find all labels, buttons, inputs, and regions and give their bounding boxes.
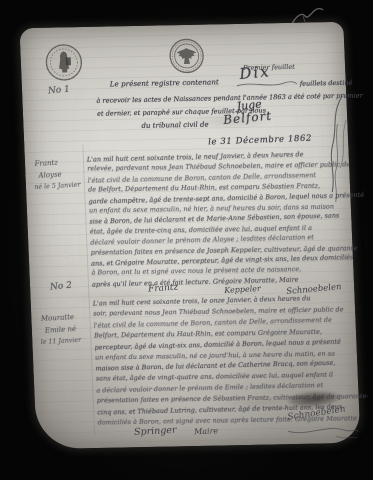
imperial-eagle-seal-icon — [168, 38, 205, 75]
tribunal-line: du tribunal civil de — [141, 121, 208, 130]
folio-number-annotation: No 1 — [48, 85, 71, 97]
act1-signature-keppeler: Keppeler — [224, 284, 261, 295]
manuscript-line: né le 5 Janvier — [34, 179, 91, 194]
act2-signature-title: Maire — [194, 426, 219, 436]
act1-margin-note: FrantzAloysené le 5 Janvier — [34, 155, 91, 194]
manuscript-line: le 11 Janvier — [40, 334, 97, 349]
register-date: le 31 Décembre 1862 — [208, 134, 312, 148]
act2-margin-note: MouratteEmile néle 11 Janvier — [41, 310, 98, 349]
allegorical-figure-stamp-icon — [44, 43, 84, 82]
dix-swash-flourish-icon — [236, 79, 298, 90]
register-opening-text-cont: feuillets destiné — [300, 79, 353, 88]
act2-number-annotation: No 2 — [50, 281, 73, 293]
act1-body-text: L'an mil huit cent soixante trois, le ne… — [87, 149, 350, 289]
tribunal-place: Belfort — [223, 109, 273, 127]
act1-signature-frantz: Frantz — [148, 282, 179, 294]
witness-signature-flourish-icon — [286, 418, 361, 441]
register-page: No 1 Premier feuillet Le présent registr… — [19, 22, 360, 449]
act2-signature-springer: Springer — [134, 425, 177, 438]
photo-background: No 1 Premier feuillet Le présent registr… — [0, 0, 373, 480]
register-opening-text: Le présent registre contenant — [110, 77, 219, 88]
